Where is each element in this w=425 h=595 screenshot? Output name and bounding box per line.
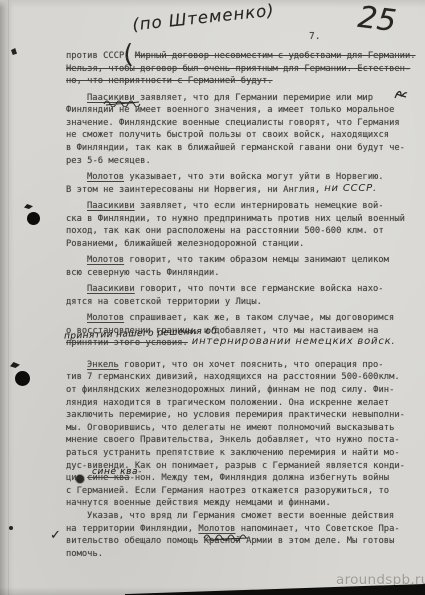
page-number: 7. xyxy=(309,31,320,42)
speaker-name: Молотов xyxy=(87,172,124,182)
struck-text: но, что неприятности с Германией будут. xyxy=(66,76,273,86)
text-line: дятся на советской территории у Лицы. xyxy=(66,296,418,309)
text-line: помочь. xyxy=(66,548,418,561)
typed-text: -нон. Между тем, Финляндия должна избегн… xyxy=(130,473,390,483)
typed-text: на территории Финляндии, xyxy=(66,524,198,534)
text-line: раться устранить препятствие к заключени… xyxy=(66,447,418,460)
typed-text: Рованиеми, ближайшей железнодорожной ста… xyxy=(66,239,304,249)
paper-fold-line xyxy=(8,0,9,595)
typed-text: рез 5-6 месяцев. xyxy=(66,156,151,166)
pen-tick-mark xyxy=(24,204,33,209)
handwritten-inline: ни СССР. xyxy=(320,183,377,194)
typed-text: говорит, что почти все германские войска… xyxy=(135,284,384,294)
handwritten-checkmark: ✓ xyxy=(50,528,61,543)
typed-text: в Финляндии, так как в ближайшей германс… xyxy=(66,143,405,153)
typed-text: начнутся военные действия между немцами … xyxy=(66,498,331,508)
typed-text: не сможет получить быстрой пользы от сво… xyxy=(66,130,389,140)
typed-text: Указав, что вряд ли Германия сможет вест… xyxy=(87,511,394,521)
typed-text: В этом не заинтересованы ни Норвегия, ни… xyxy=(66,185,320,195)
speaker-name: Энкель xyxy=(87,360,119,370)
document-page: (по Штеменко) 25 7. ( против СССР. Мирны… xyxy=(0,0,425,595)
typed-text: помочь. xyxy=(66,549,103,559)
speaker-name: Паасикиви xyxy=(87,201,135,211)
hole-punch-top xyxy=(27,212,40,225)
text-line: мы. Оговорившись, что делегаты не имеют … xyxy=(66,422,418,435)
typed-text: тив 7 германских дивизий, находящихся на… xyxy=(66,372,400,382)
page-edge-shadow-left xyxy=(0,0,14,595)
typed-text: мы. Оговорившись, что делегаты не имеют … xyxy=(66,423,394,433)
text-line: Нельзя, чтобы договор был очень приятным… xyxy=(66,63,418,76)
typed-text: говорит, что таким образом немцы занимаю… xyxy=(124,255,389,265)
typed-text: заявляет, что для Германии перемирие или… xyxy=(135,93,373,103)
typed-text: мнение своего Правительства, Энкель доба… xyxy=(66,435,400,445)
text-line: поход, так как они расположены на рассто… xyxy=(66,225,418,238)
typed-text: указывает, что эти войска могут уйти в Н… xyxy=(124,172,384,182)
text-line: рез 5-6 месяцев. xyxy=(66,155,418,168)
paragraph: Молотов указывает, что эти войска могут … xyxy=(66,171,418,196)
speaker-name: Молотов xyxy=(87,255,124,265)
text-line: мнение своего Правительства, Энкель доба… xyxy=(66,434,418,447)
typed-text: заключить перемирие, но условия перемири… xyxy=(66,410,405,420)
text-line: В этом не заинтересованы ни Норвегия, ни… xyxy=(66,184,418,197)
text-line: ска в Финляндии, то нужно предпринимать … xyxy=(66,213,418,226)
paragraph: Паасикиви заявляет, что если интернирова… xyxy=(66,200,418,250)
text-line: всю северную часть Финляндии. xyxy=(66,267,418,280)
text-line: не сможет получить быстрой пользы от сво… xyxy=(66,129,418,142)
typed-text: от финляндских железнодорожных линий, фи… xyxy=(66,385,394,395)
speaker-name: Молотов xyxy=(87,313,124,323)
typed-text: заявляет, что если интернировать немецки… xyxy=(135,201,384,211)
text-line: Рованиеми, ближайшей железнодорожной ста… xyxy=(66,238,418,251)
text-line: Молотов говорит, что таким образом немцы… xyxy=(66,254,418,267)
document-body: против СССР. Мирный договор несовместим … xyxy=(66,50,418,564)
text-line: в Финляндии, так как в ближайшей германс… xyxy=(66,142,418,155)
handwritten-scribble xyxy=(203,532,251,541)
struck-text: Мирный договор несовместим с удобствами … xyxy=(135,51,416,61)
typed-text: поход, так как они расположены на рассто… xyxy=(66,226,384,236)
handwritten-scribble xyxy=(394,89,408,100)
paragraph: против СССР. Мирный договор несовместим … xyxy=(66,50,418,88)
text-line: значение. Финляндские военные специалист… xyxy=(66,117,418,130)
ink-speck xyxy=(9,526,13,530)
handwritten-circle-mark xyxy=(76,475,84,483)
text-line: тив 7 германских дивизий, находящихся на… xyxy=(66,371,418,384)
handwritten-sine-qua-non: сине ква- xyxy=(92,467,142,477)
paragraph: Энкель говорит, что он хочет пояснить, ч… xyxy=(66,359,418,510)
typed-text: ска в Финляндии, то нужно предпринимать … xyxy=(66,214,405,224)
text-line: Энкель говорит, что он хочет пояснить, ч… xyxy=(66,359,418,372)
text-line: с Германией. Если Германия наотрез откаж… xyxy=(66,485,418,498)
handwritten-corner-number: 25 xyxy=(356,0,398,39)
typed-text: ляндия находится в трагическом положении… xyxy=(66,398,389,408)
text-line: от финляндских железнодорожных линий, фи… xyxy=(66,384,418,397)
text-line: против СССР. Мирный договор несовместим … xyxy=(66,50,418,63)
handwritten-inline: интернировании немецких войск. xyxy=(188,336,396,347)
handwritten-scribble xyxy=(103,98,143,107)
typed-text: говорит, что он хочет пояснить, что опер… xyxy=(119,360,384,370)
typed-text: с Германией. Если Германия наотрез откаж… xyxy=(66,486,389,496)
text-line: Молотов спрашивает, как же, в таком случ… xyxy=(66,312,418,325)
struck-text: Нельзя, чтобы договор был очень приятным… xyxy=(66,64,410,74)
text-line: заключить перемирие, но условия перемири… xyxy=(66,409,418,422)
typed-text: всю северную часть Финляндии. xyxy=(66,268,220,278)
typed-text: напоминает, что Советское Пра- xyxy=(235,524,399,534)
text-line: но, что неприятности с Германией будут. xyxy=(66,75,418,88)
typed-text: спрашивает, как же, в таком случае, мы д… xyxy=(124,313,394,323)
typed-text: против СССР. xyxy=(66,51,135,61)
text-line: ляндия находится в трагическом положении… xyxy=(66,397,418,410)
text-line: Молотов указывает, что эти войска могут … xyxy=(66,171,418,184)
paragraph: Паасикиви говорит, что почти все германс… xyxy=(66,283,418,308)
text-line: начнутся военные действия между немцами … xyxy=(66,497,418,510)
text-line: Указав, что вряд ли Германия сможет вест… xyxy=(66,510,418,523)
text-line: Паасикиви говорит, что почти все германс… xyxy=(66,283,418,296)
typed-text: значение. Финляндские военные специалист… xyxy=(66,118,400,128)
typed-text: раться устранить препятствие к заключени… xyxy=(66,448,400,458)
typed-text: дятся на советской территории у Лицы. xyxy=(66,297,262,307)
text-line: Паасикиви заявляет, что если интернирова… xyxy=(66,200,418,213)
hole-punch-bottom xyxy=(15,371,30,386)
paragraph: Молотов говорит, что таким образом немцы… xyxy=(66,254,418,279)
speaker-name: Паасикиви xyxy=(87,284,135,294)
